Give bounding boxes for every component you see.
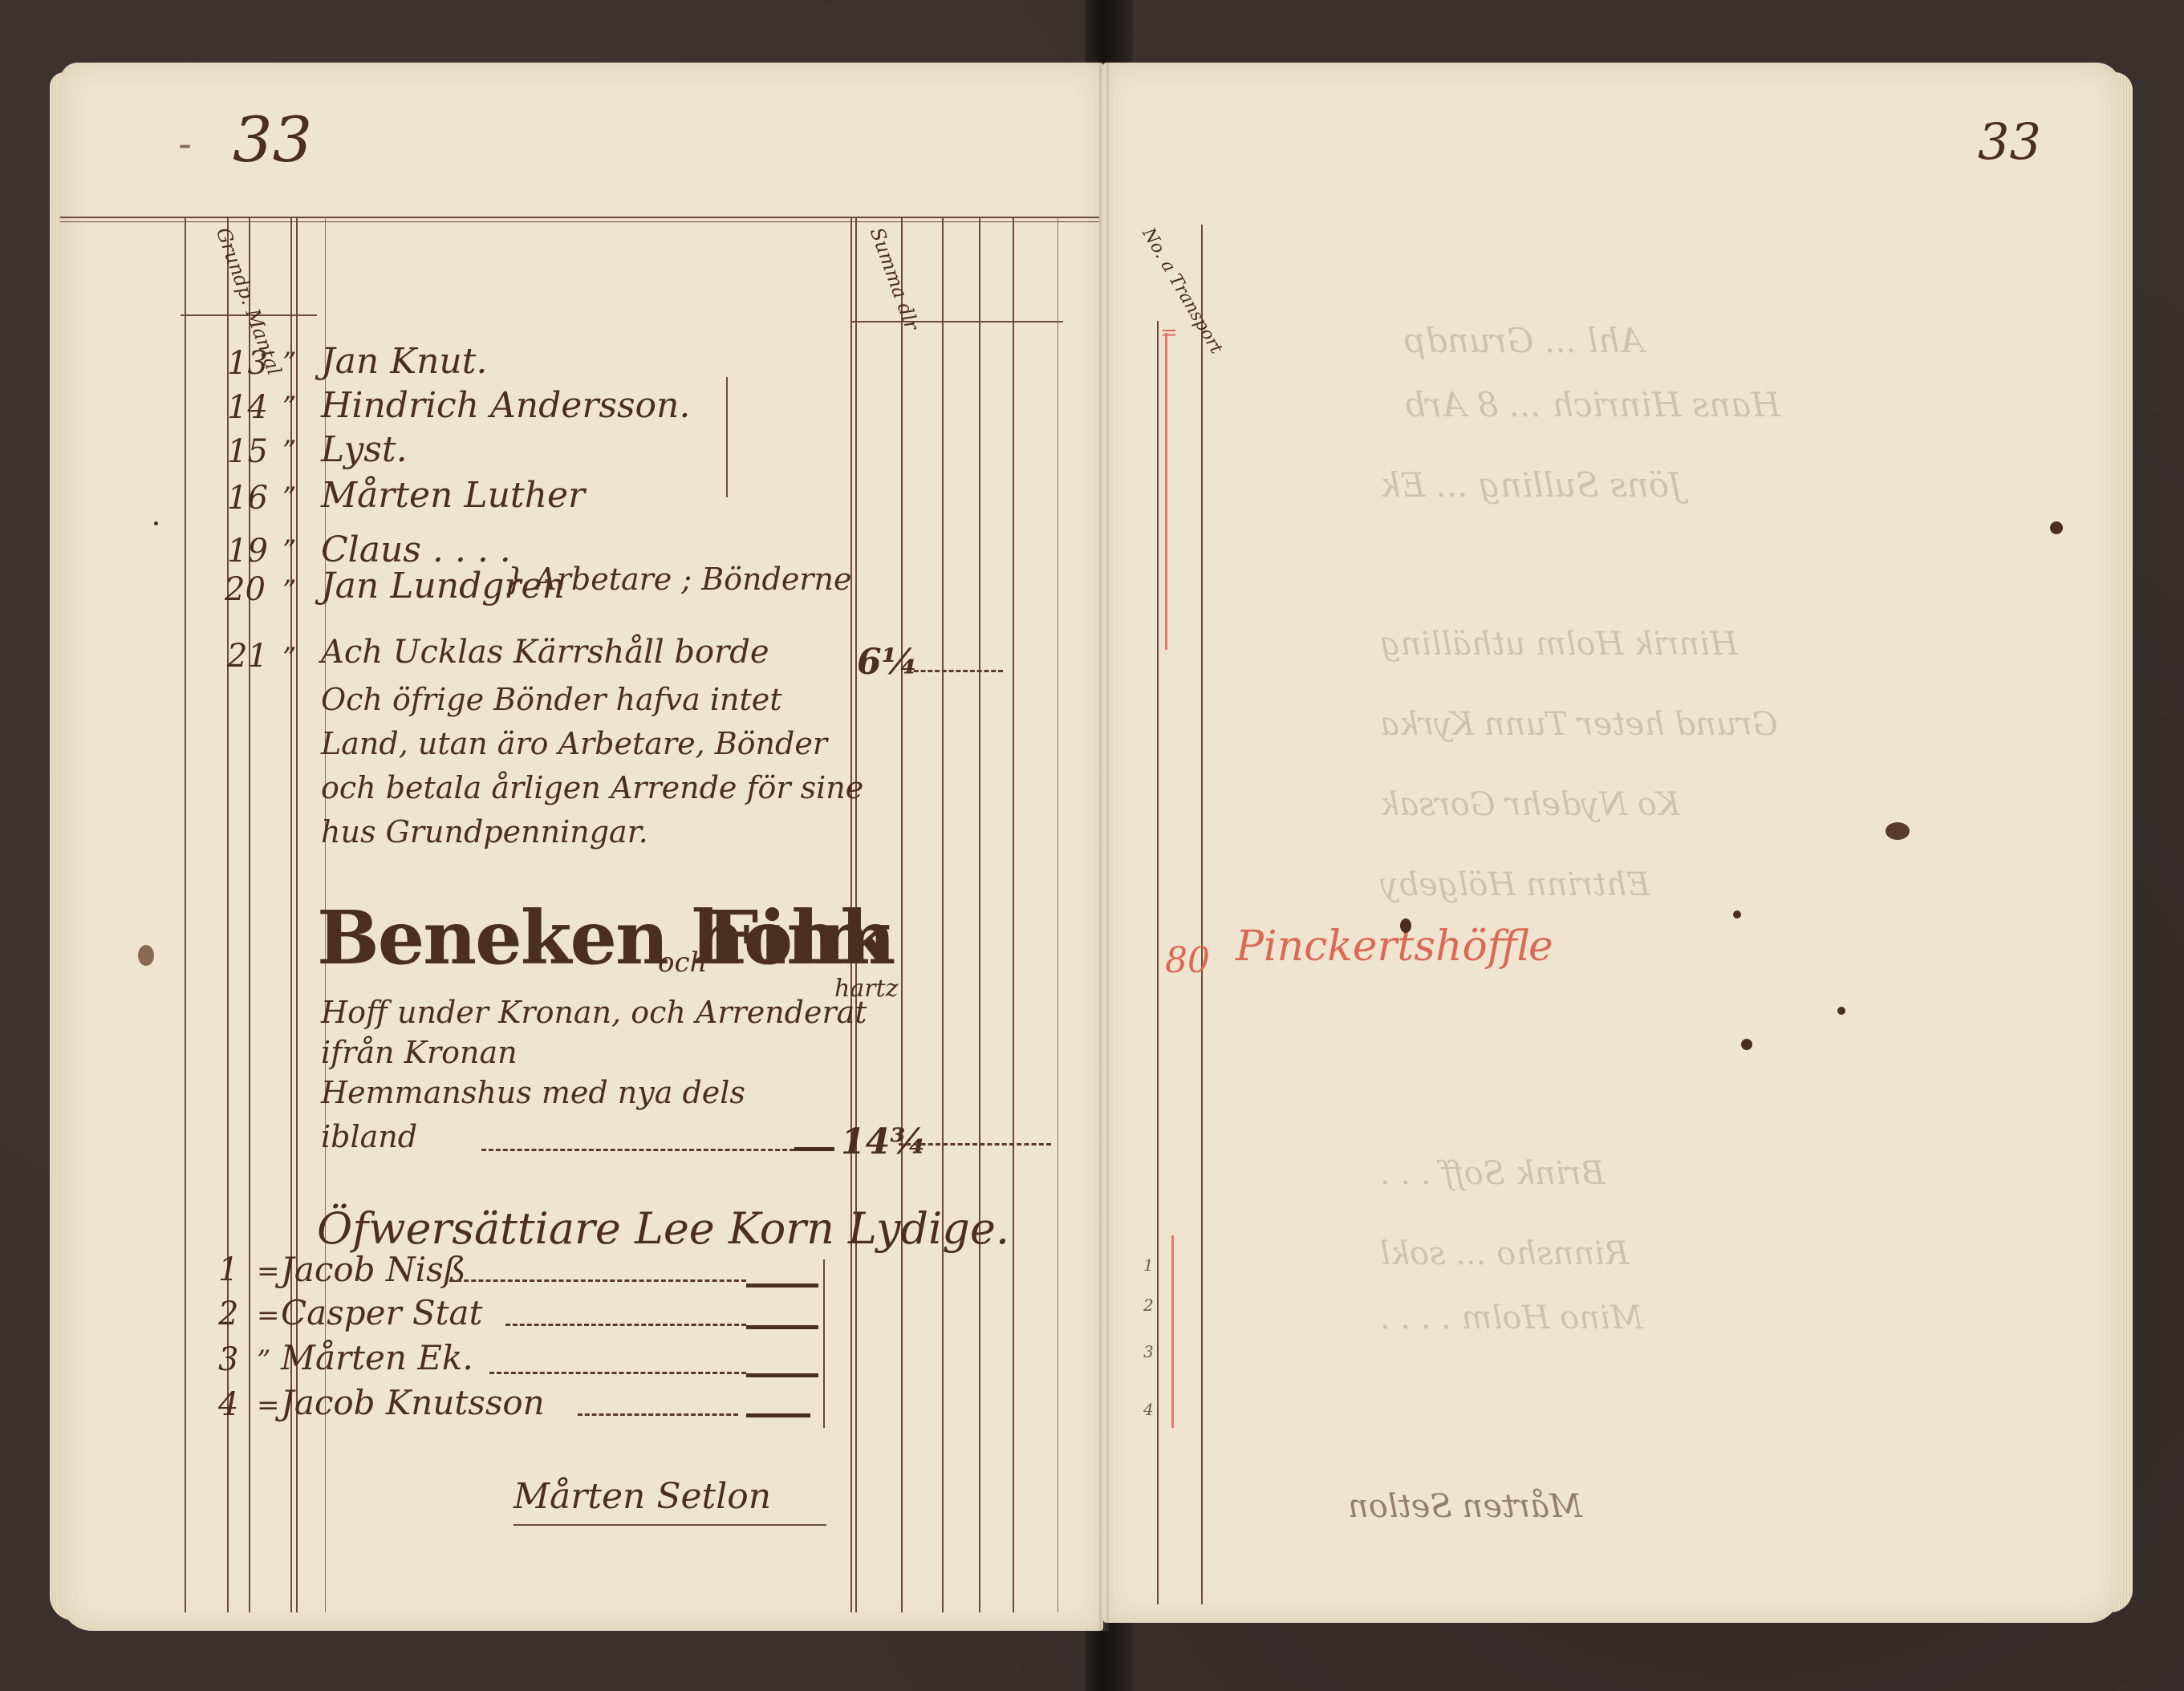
bleed-line: Rinnsho ... sokl <box>1380 1235 1629 1272</box>
ink-spot <box>2050 521 2063 534</box>
small-number: 3 <box>1143 1342 1154 1361</box>
bleed-signature: Mårten Setlon <box>1348 1488 1582 1525</box>
entry-name: Jacob Knutsson <box>281 1383 545 1422</box>
leader-bar <box>746 1325 818 1329</box>
ink-spot <box>1837 1007 1845 1015</box>
signature: Mårten Setlon <box>514 1476 771 1517</box>
col-line <box>1201 225 1203 1604</box>
section-amount: 14¾ <box>841 1121 927 1162</box>
header-bottom-rule-right <box>850 321 1063 322</box>
subsection-bracket <box>823 1259 825 1428</box>
entry-name: Mårten Ek. <box>281 1338 473 1377</box>
signature-underline <box>514 1524 826 1526</box>
ink-spot <box>1886 822 1910 840</box>
entry-amount: 6¼ <box>857 642 919 683</box>
entry-name: Lyst. <box>321 429 408 470</box>
bleed-line: Grund heter Tunn Kyrka <box>1380 706 1778 743</box>
entry-name: Jacob Nisß <box>281 1250 466 1289</box>
section-line: ibland <box>321 1119 417 1154</box>
right-page <box>1103 63 2121 1623</box>
entry-mark: ” <box>282 534 296 566</box>
section-line: ifrån Kronan <box>321 1035 518 1070</box>
entry-number: 1 <box>218 1251 238 1288</box>
bleed-line: Ahl ... Grundp <box>1404 321 1644 360</box>
entry-number: 3 <box>218 1341 238 1378</box>
red-margin-rule <box>1165 333 1167 650</box>
continuation-line: Land, utan äro Arbetare, Bönder <box>321 726 827 761</box>
small-number: 2 <box>1143 1296 1154 1315</box>
leader-bar <box>746 1373 818 1377</box>
amount-col-line <box>901 217 903 1612</box>
red-tick: = <box>1160 321 1178 345</box>
ink-blot <box>138 945 154 966</box>
entry-name: Casper Stat <box>281 1293 482 1332</box>
subsection-heading: Öfwersättiare Lee Korn Lydige. <box>317 1203 1009 1254</box>
bleed-line: Ko Nydehr Gorsak <box>1380 786 1680 823</box>
leader-dots <box>505 1324 746 1328</box>
entry-mark: = <box>257 1389 280 1421</box>
section-line: Hemmanshus med nya dels <box>321 1075 745 1110</box>
entry-name: Hindrich Andersson. <box>321 385 690 426</box>
amount-col-line <box>942 217 944 1612</box>
entry-number: 13 <box>227 345 268 382</box>
amount-col-line <box>1013 217 1014 1612</box>
bleed-line: Jöns Sulling ... Ek <box>1380 465 1683 505</box>
entry-name: Ach Ucklas Kärrshåll borde <box>321 634 769 671</box>
continuation-line: Och öfrige Bönder hafva intet <box>321 682 782 717</box>
left-folio-number: 33 <box>233 104 312 176</box>
leader-dots <box>481 1149 794 1153</box>
bleed-line: Mino Holm . . . . <box>1380 1300 1643 1336</box>
entry-mark: ” <box>282 435 296 467</box>
entry-note: } Arbetare ; Bönderne <box>505 562 851 597</box>
continuation-line: och betala årligen Arrende för sine <box>321 770 863 805</box>
entry-number: 21 <box>227 638 268 675</box>
red-margin-rule <box>1171 1235 1174 1428</box>
leader-dots <box>578 1413 738 1417</box>
col-line <box>1157 321 1159 1604</box>
red-annotation-text: Pinckertshöffle <box>1236 923 1553 971</box>
entry-number: 15 <box>227 433 268 470</box>
leader-dots <box>489 1372 746 1376</box>
section-title-2: Fink <box>706 894 891 981</box>
entry-mark: = <box>257 1255 280 1288</box>
red-annotation-number: 80 <box>1165 940 1210 981</box>
right-folio-number: 33 <box>1978 112 2041 171</box>
entry-mark: ” <box>282 481 296 513</box>
entry-number: 4 <box>218 1386 238 1423</box>
leader-bar <box>746 1413 810 1417</box>
entry-mark: ” <box>257 1344 270 1377</box>
entry-name: Jan Knut. <box>321 341 487 382</box>
entry-number: 16 <box>227 480 268 517</box>
bleed-line: Hinrik Holm uthälling <box>1380 626 1738 663</box>
section-line: Hoff under Kronan, och Arrenderat <box>321 995 867 1030</box>
col-line <box>185 217 186 1612</box>
ink-dot <box>154 521 158 525</box>
leader-dots <box>899 1143 1051 1147</box>
bleed-line: Hans Hinrich ... 8 Arb <box>1404 385 1780 424</box>
entry-name: Mårten Luther <box>321 475 585 516</box>
leader-dots <box>907 670 1003 674</box>
entry-number: 14 <box>227 389 268 426</box>
section-connector: och <box>658 947 707 979</box>
entry-mark: ” <box>282 391 296 423</box>
ink-spot <box>1400 918 1411 933</box>
entry-number: 19 <box>227 533 268 570</box>
dash-mark: - <box>178 120 192 167</box>
group-bracket <box>726 377 728 497</box>
leader-dots <box>449 1279 746 1283</box>
amount-col-line <box>979 217 980 1612</box>
entry-number: 2 <box>218 1296 238 1332</box>
entry-mark: ” <box>282 574 296 606</box>
continuation-line: hus Grundpenningar. <box>321 814 648 850</box>
ink-spot <box>1733 910 1741 918</box>
entry-mark: = <box>257 1300 280 1332</box>
entry-name: Claus . . . . <box>321 529 511 570</box>
leader-bar <box>746 1283 818 1288</box>
gutter-fold <box>1099 63 1109 1631</box>
small-number: 1 <box>1143 1255 1154 1275</box>
col-line <box>249 217 250 1612</box>
bleed-line: Brink Soff . . . <box>1380 1155 1605 1192</box>
ink-spot <box>1741 1039 1752 1050</box>
small-number: 4 <box>1143 1400 1154 1419</box>
leader-bar <box>794 1147 834 1151</box>
entry-mark: ” <box>282 347 296 379</box>
bleed-line: Ehtrinn Hölgeby <box>1380 866 1650 903</box>
amount-col-line <box>1057 217 1058 1612</box>
entry-mark: ” <box>282 642 296 674</box>
entry-number: 20 <box>225 571 266 608</box>
